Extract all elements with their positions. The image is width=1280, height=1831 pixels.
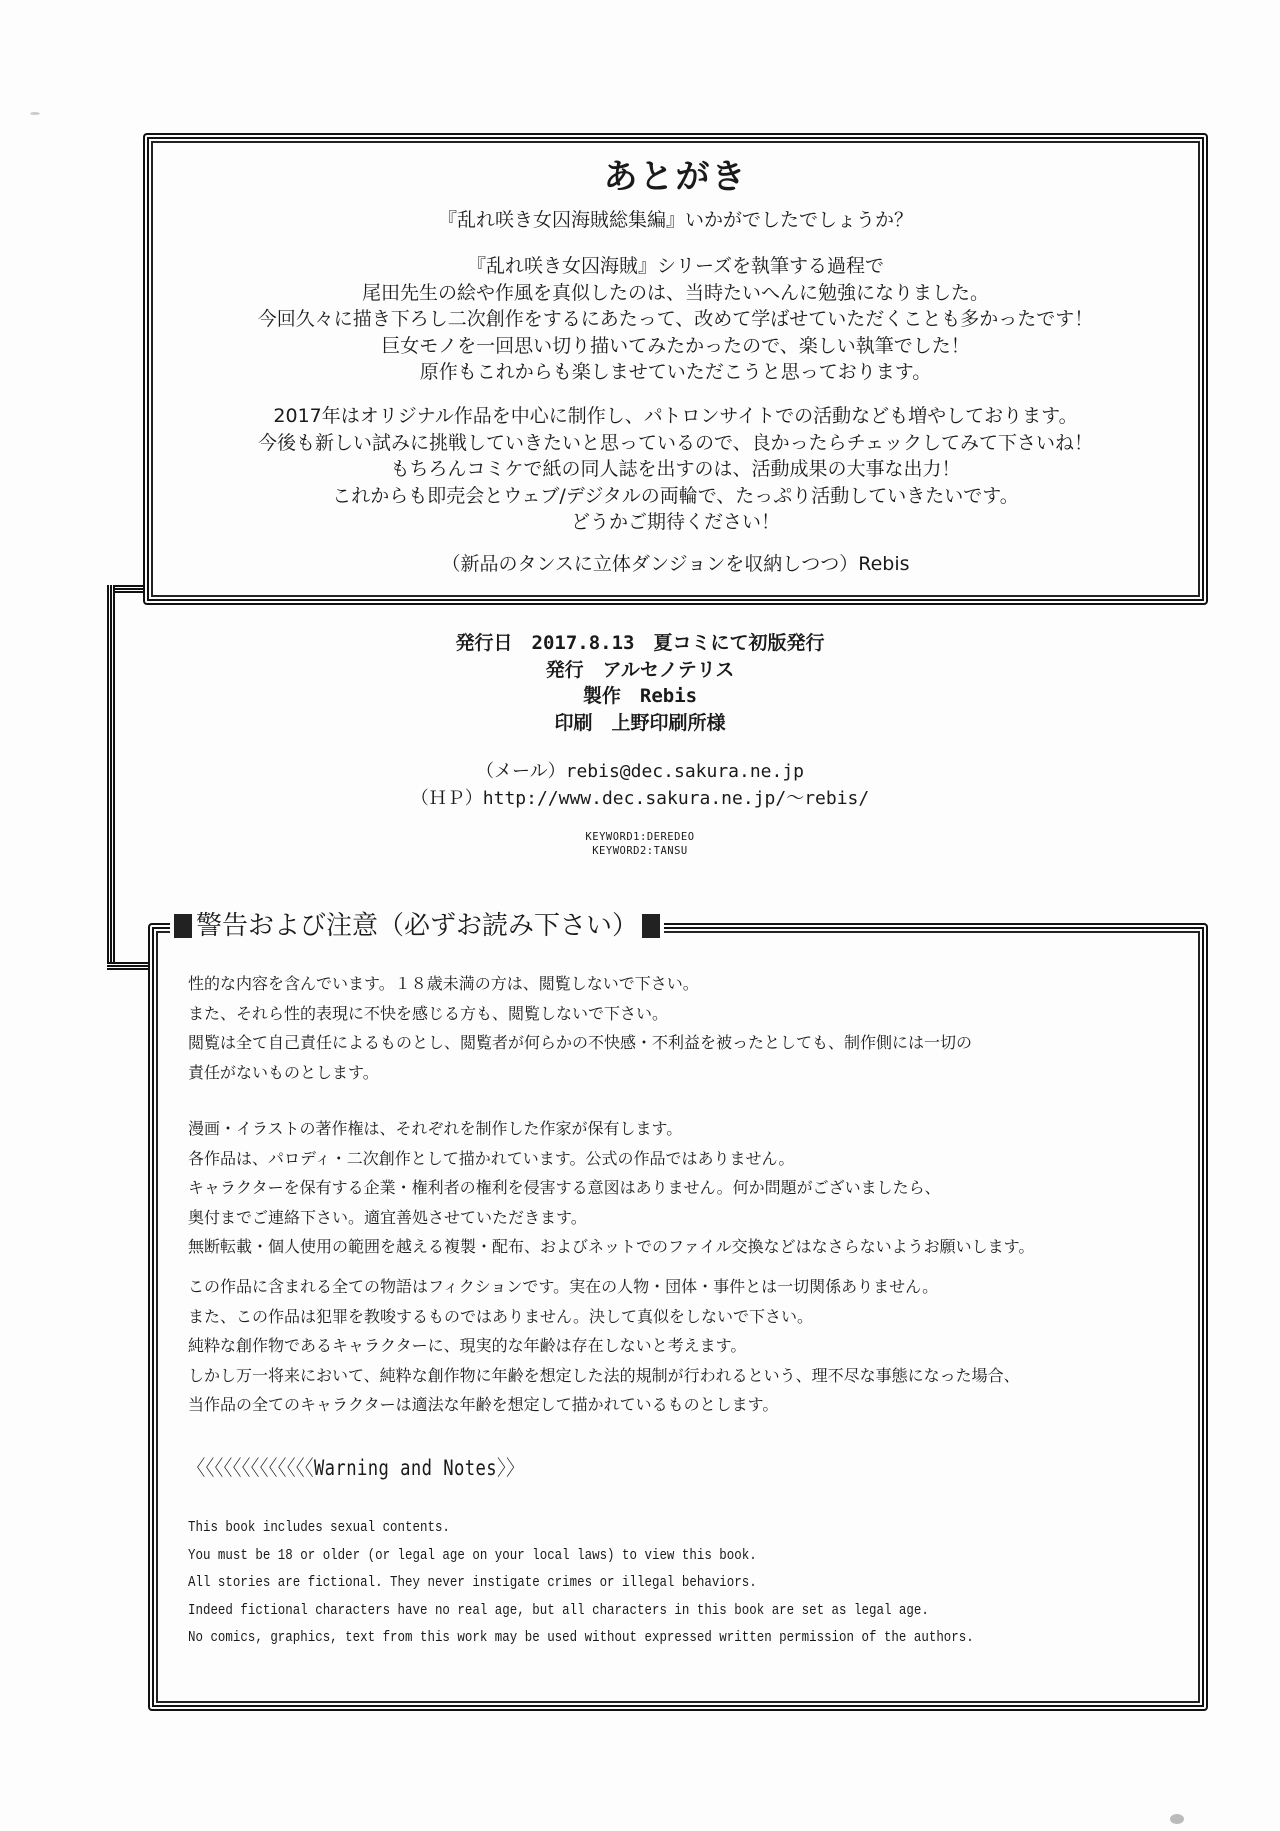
afterword-title: あとがき <box>145 149 1206 198</box>
warning-block-content: 性的な内容を含んでいます。１８歳未満の方は、閲覧しないで下さい。 また、それら性… <box>188 969 1186 1087</box>
warning-box: 警告および注意（必ずお読み下さい） 性的な内容を含んでいます。１８歳未満の方は、… <box>148 923 1208 1711</box>
keyword-2: KEYWORD2:TANSU <box>0 844 1280 858</box>
text-line: 原作もこれからも楽しませていただこうと思っております。 <box>145 359 1206 386</box>
text-line: 当作品の全てのキャラクターは適法な年齢を想定して描かれているものとします。 <box>188 1390 1186 1420</box>
text-line: また、それら性的表現に不快を感じる方も、閲覧しないで下さい。 <box>188 999 1186 1029</box>
text-line: This book includes sexual contents. <box>188 1515 974 1543</box>
printer: 印刷 上野印刷所様 <box>0 710 1280 737</box>
black-square-icon <box>642 914 660 938</box>
text-line: 尾田先生の絵や作風を真似したのは、当時たいへんに勉強になりました。 <box>145 280 1206 307</box>
text-line: 閲覧は全て自己責任によるものとし、閲覧者が何らかの不快感・不利益を被ったとしても… <box>188 1028 1186 1058</box>
frame-connector-bottom <box>107 962 152 970</box>
text-line: この作品に含まれる全ての物語はフィクションです。実在の人物・団体・事件とは一切関… <box>188 1272 1186 1302</box>
text-line: 純粋な創作物であるキャラクターに、現実的な年齢は存在しないと考えます。 <box>188 1331 1186 1361</box>
text-line: 今後も新しい試みに挑戦していきたいと思っているので、良かったらチェックしてみて下… <box>145 430 1206 457</box>
email-address: （メール）rebis@dec.sakura.ne.jp <box>0 758 1280 785</box>
text-line: 今回久々に描き下ろし二次創作をするにあたって、改めて学ばせていただくことも多かっ… <box>145 306 1206 333</box>
afterword-box: あとがき 『乱れ咲き女囚海賊総集編』いかがでしたでしょうか？ 『乱れ咲き女囚海賊… <box>143 133 1208 605</box>
scan-speck <box>1170 1814 1184 1824</box>
warning-block-copyright: 漫画・イラストの著作権は、それぞれを制作した作家が保有します。 各作品は、パロデ… <box>188 1114 1186 1262</box>
text-line: キャラクターを保有する企業・権利者の権利を侵害する意図はありません。何か問題がご… <box>188 1173 1186 1203</box>
producer: 製作 Rebis <box>0 683 1280 710</box>
text-line: しかし万一将来において、純粋な創作物に年齢を想定した法的規制が行われるという、理… <box>188 1361 1186 1391</box>
homepage-url: （ＨＰ）http://www.dec.sakura.ne.jp/～rebis/ <box>0 785 1280 812</box>
publisher: 発行 アルセノテリス <box>0 657 1280 684</box>
warning-heading-text: 警告および注意（必ずお読み下さい） <box>192 909 642 943</box>
warning-block-fiction: この作品に含まれる全ての物語はフィクションです。実在の人物・団体・事件とは一切関… <box>188 1272 1186 1420</box>
black-square-icon <box>174 914 192 938</box>
text-line: No comics, graphics, text from this work… <box>188 1625 974 1653</box>
keyword-1: KEYWORD1:DEREDEO <box>0 830 1280 844</box>
text-line: 漫画・イラストの著作権は、それぞれを制作した作家が保有します。 <box>188 1114 1186 1144</box>
text-line: また、この作品は犯罪を教唆するものではありません。決して真似をしないで下さい。 <box>188 1302 1186 1332</box>
text-line: 2017年はオリジナル作品を中心に制作し、パトロンサイトでの活動なども増やしてお… <box>145 403 1206 430</box>
afterword-signature: （新品のタンスに立体ダンジョンを収納しつつ）Rebis <box>145 549 1206 576</box>
text-line: You must be 18 or older (or legal age on… <box>188 1543 974 1571</box>
afterword-lead: 『乱れ咲き女囚海賊総集編』いかがでしたでしょうか？ <box>145 205 1206 232</box>
text-line: どうかご期待ください！ <box>145 509 1206 536</box>
text-line: もちろんコミケで紙の同人誌を出すのは、活動成果の大事な出力！ <box>145 456 1206 483</box>
text-line: All stories are fictional. They never in… <box>188 1570 974 1598</box>
text-line: 各作品は、パロディ・二次創作として描かれています。公式の作品ではありません。 <box>188 1144 1186 1174</box>
scan-speck <box>30 112 40 115</box>
text-line: Indeed fictional characters have no real… <box>188 1598 974 1626</box>
english-warning-title: 〈〈〈〈〈〈〈〈〈〈〈〈〈Warning and Notes〉〉 <box>188 1452 524 1482</box>
issue-date: 発行日 2017.8.13 夏コミにて初版発行 <box>0 630 1280 657</box>
colophon: 発行日 2017.8.13 夏コミにて初版発行 発行 アルセノテリス 製作 Re… <box>0 630 1280 858</box>
text-line: 『乱れ咲き女囚海賊』シリーズを執筆する過程で <box>145 253 1206 280</box>
afterword-paragraph-1: 『乱れ咲き女囚海賊』シリーズを執筆する過程で 尾田先生の絵や作風を真似したのは、… <box>145 253 1206 386</box>
text-line: 無断転載・個人使用の範囲を越える複製・配布、およびネットでのファイル交換などはな… <box>188 1232 1186 1262</box>
text-line: 巨女モノを一回思い切り描いてみたかったので、楽しい執筆でした！ <box>145 333 1206 360</box>
english-warning-text: This book includes sexual contents. You … <box>188 1515 974 1653</box>
keywords: KEYWORD1:DEREDEO KEYWORD2:TANSU <box>0 830 1280 858</box>
afterword-paragraph-2: 2017年はオリジナル作品を中心に制作し、パトロンサイトでの活動なども増やしてお… <box>145 403 1206 536</box>
text-line: 性的な内容を含んでいます。１８歳未満の方は、閲覧しないで下さい。 <box>188 969 1186 999</box>
text-line: 奥付までご連絡下さい。適宜善処させていただきます。 <box>188 1203 1186 1233</box>
warning-heading: 警告および注意（必ずお読み下さい） <box>170 909 664 943</box>
contact-info: （メール）rebis@dec.sakura.ne.jp （ＨＰ）http://w… <box>0 758 1280 812</box>
text-line: 責任がないものとします。 <box>188 1058 1186 1088</box>
text-line: これからも即売会とウェブ/デジタルの両輪で、たっぷり活動していきたいです。 <box>145 483 1206 510</box>
